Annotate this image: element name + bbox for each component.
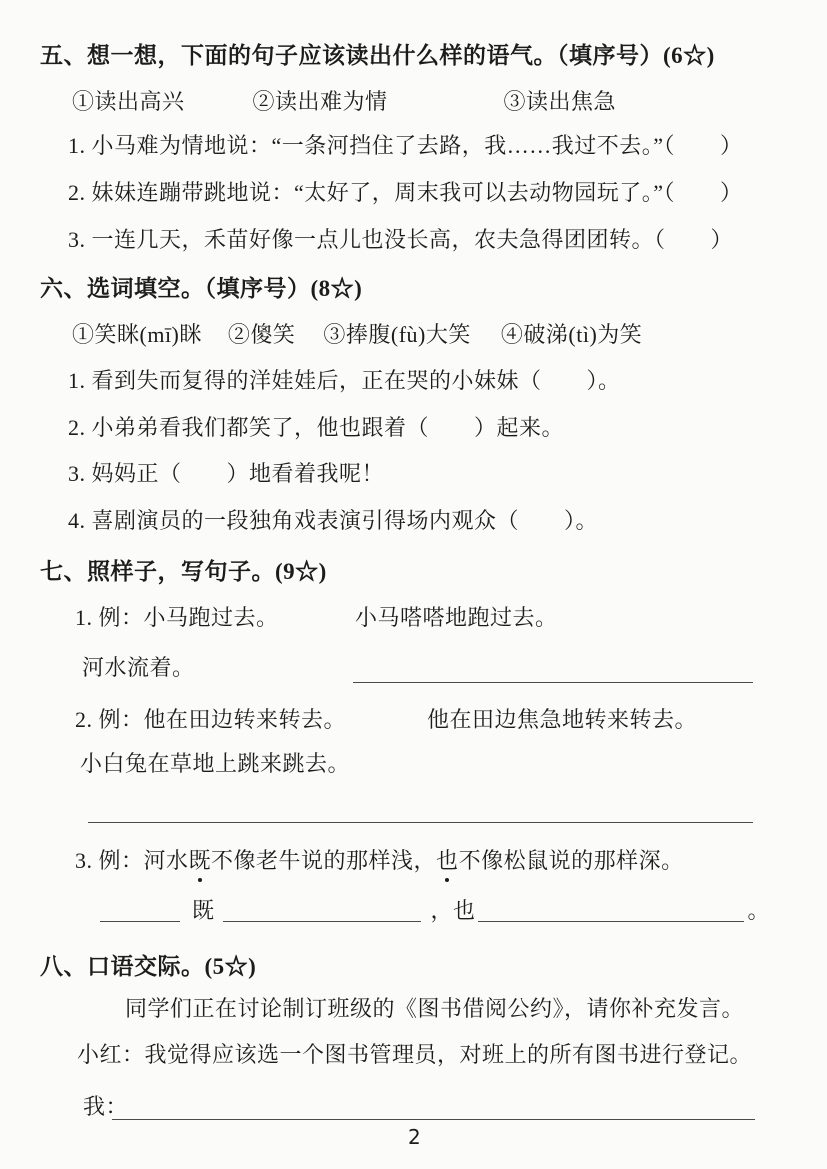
section5-option-2: ②读出难为情	[253, 88, 388, 116]
section7-item3-period: 。	[748, 898, 771, 923]
section5-item-1: 1. 小马难为情地说：“一条河挡住了去路，我……我过不去。”（ ）	[68, 132, 743, 160]
worksheet-page: 五、想一想，下面的句子应该读出什么样的语气。（填序号）(6☆) ①读出高兴②读出…	[0, 0, 827, 1169]
section7-item1-example: 1. 例：小马跑过去。	[75, 604, 355, 632]
section6-option-4: ④破涕(tì)为笑	[501, 321, 642, 349]
section6-option-2: ②傻笑	[228, 321, 296, 349]
section7-title: 七、照样子，写句子。(9☆)	[40, 558, 327, 586]
section6-item-3: 3. 妈妈正（ ）地看着我呢！	[68, 460, 384, 488]
section6-options: ①笑眯(mī)眯②傻笑③捧腹(fù)大笑④破涕(tì)为笑	[72, 321, 642, 349]
section6-option-3: ③捧腹(fù)大笑	[323, 321, 470, 349]
section7-item3-seg-pre: 3. 例：河水	[75, 848, 189, 873]
section7-item3-seg-post: 不像松鼠说的那样深。	[459, 848, 684, 873]
section5-options: ①读出高兴②读出难为情③读出焦急	[72, 88, 616, 116]
section5-title: 五、想一想，下面的句子应该读出什么样的语气。（填序号）(6☆)	[40, 42, 715, 70]
section7-item1-example-answer: 小马嗒嗒地跑过去。	[355, 605, 558, 630]
section7-item1-example-row: 1. 例：小马跑过去。小马嗒嗒地跑过去。	[75, 604, 558, 632]
section7-item3-blank-3[interactable]	[478, 897, 744, 922]
section5-item-3: 3. 一连几天，禾苗好像一点儿也没长高，农夫急得团团转。（ ）	[68, 226, 733, 254]
section5-option-3: ③读出焦急	[504, 88, 617, 116]
section7-item3-word-ji: 既	[192, 898, 215, 923]
section6-item-4: 4. 喜剧演员的一段独角戏表演引得场内观众（ ）。	[68, 507, 598, 535]
section7-item2-example-answer: 他在田边焦急地转来转去。	[427, 707, 697, 732]
section8-intro: 同学们正在讨论制订班级的《图书借阅公约》，请你补充发言。	[125, 995, 744, 1023]
section6-title: 六、选词填空。（填序号）(8☆)	[40, 275, 362, 303]
section7-item1-answer-line[interactable]	[353, 682, 753, 683]
section7-item2-answer-line[interactable]	[88, 822, 753, 823]
section7-item1-prompt: 河水流着。	[82, 654, 195, 682]
section7-item2-prompt: 小白兔在草地上跳来跳去。	[80, 750, 350, 778]
section8-me-answer-line[interactable]	[112, 1119, 755, 1120]
section6-option-1: ①笑眯(mī)眯	[72, 321, 202, 349]
section7-item3-word-ye: ，也	[431, 898, 476, 923]
section7-item2-example: 2. 例：他在田边转来转去。	[75, 706, 427, 734]
section7-item3-emphasis-ji: 既	[189, 847, 212, 875]
section8-title: 八、口语交际。(5☆)	[40, 953, 256, 981]
section8-xiaohong-line: 小红：我觉得应该选一个图书管理员，对班上的所有图书进行登记。	[77, 1041, 752, 1069]
section6-item-2: 2. 小弟弟看我们都笑了，他也跟着（ ）起来。	[68, 414, 564, 442]
section7-item2-example-row: 2. 例：他在田边转来转去。他在田边焦急地转来转去。	[75, 706, 697, 734]
section7-item3-seg-mid: 不像老牛说的那样浅，	[211, 848, 436, 873]
section7-item3-blank-2[interactable]	[223, 897, 421, 922]
page-number: 2	[408, 1125, 421, 1149]
section5-option-1: ①读出高兴	[72, 88, 185, 116]
section8-me-label: 我：	[83, 1093, 128, 1121]
section5-item-2: 2. 妹妹连蹦带跳地说：“太好了，周末我可以去动物园玩了。”（ ）	[68, 179, 743, 207]
section6-item-1: 1. 看到失而复得的洋娃娃后，正在哭的小妹妹（ ）。	[68, 367, 621, 395]
section7-item3-example: 3. 例：河水既不像老牛说的那样浅，也不像松鼠说的那样深。	[75, 847, 684, 875]
section7-item3-answer-row: 既，也。	[100, 897, 770, 925]
section7-item3-emphasis-ye: 也	[436, 847, 459, 875]
section7-item3-blank-1[interactable]	[100, 897, 180, 922]
